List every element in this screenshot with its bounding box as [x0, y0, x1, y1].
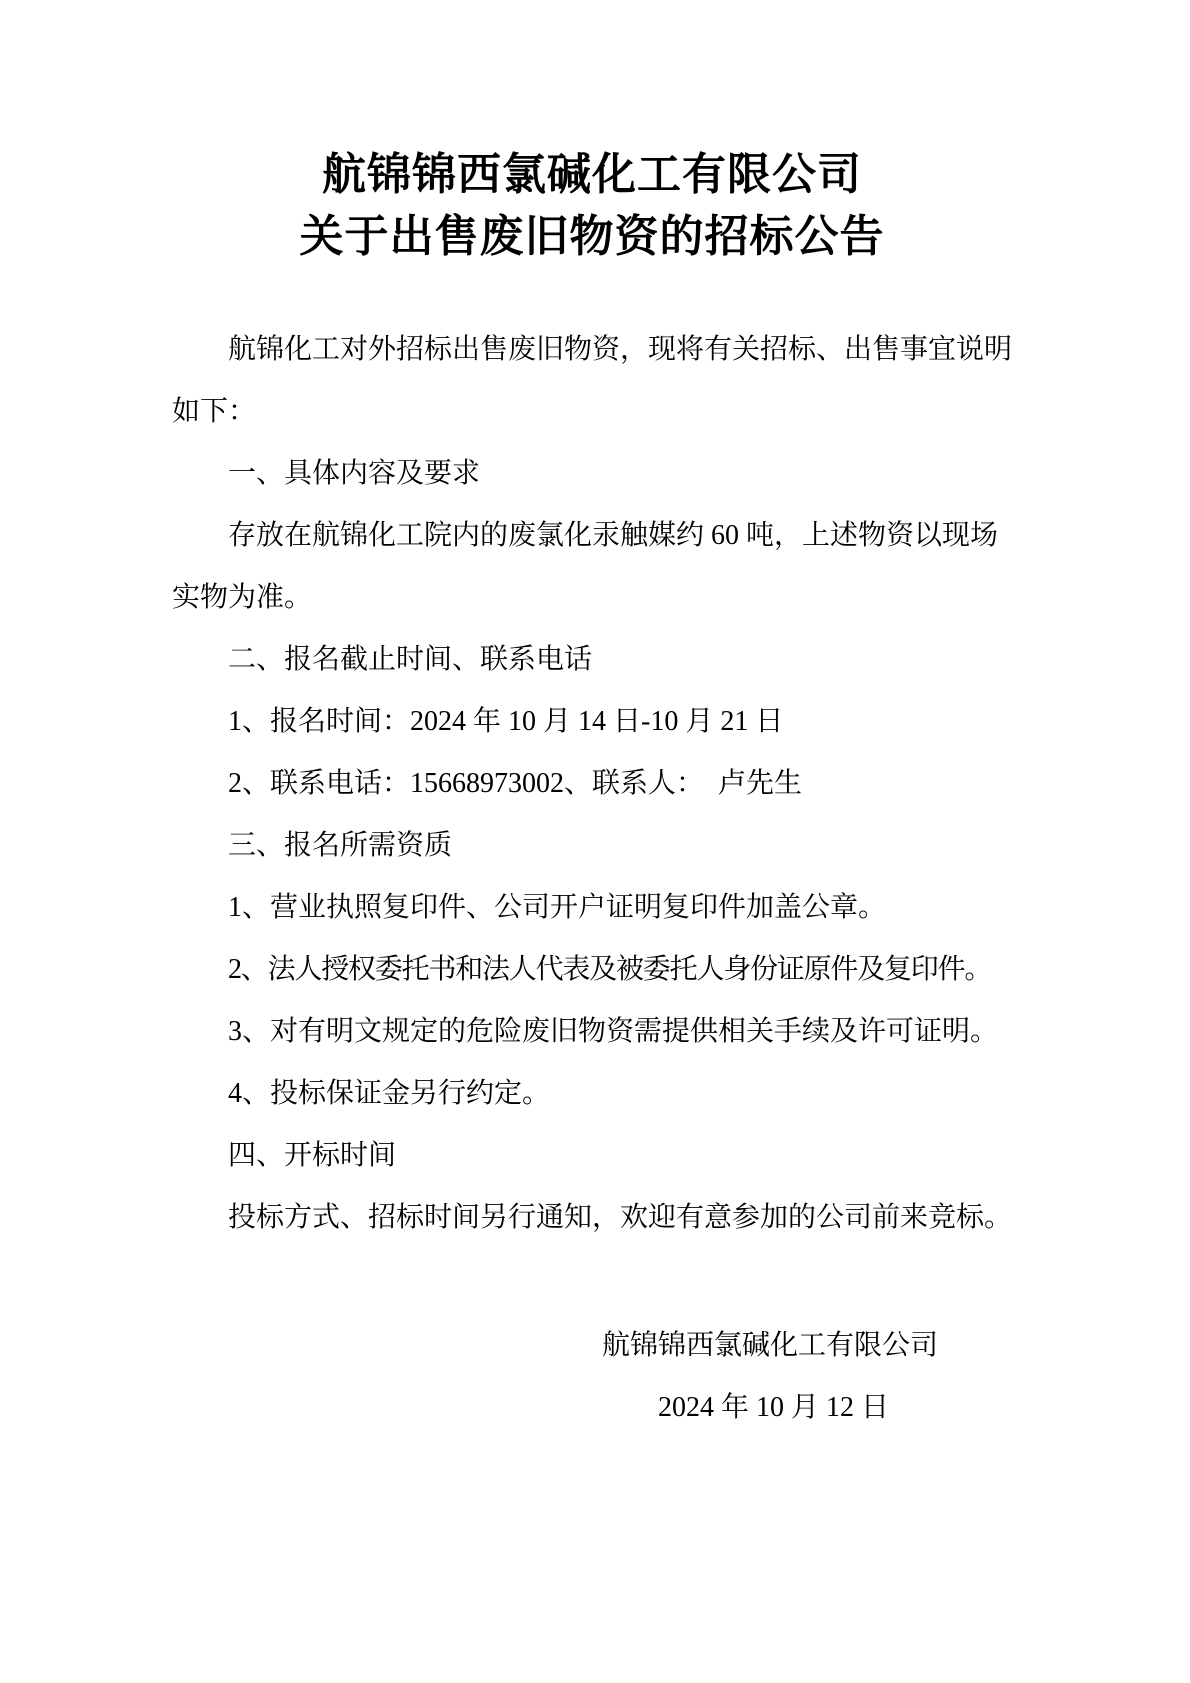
title-line-company: 航锦锦西氯碱化工有限公司	[172, 144, 1012, 206]
item-signup-time: 1、报名时间：2024 年 10 月 14 日-10 月 21 日	[172, 691, 1012, 753]
signature-date: 2024 年 10 月 12 日	[658, 1377, 1012, 1439]
item-qualification-4: 4、投标保证金另行约定。	[172, 1063, 1012, 1125]
section-1-content-line-2: 实物为准。	[172, 567, 1012, 629]
section-1-content-line-1: 存放在航锦化工院内的废氯化汞触媒约 60 吨，上述物资以现场	[172, 505, 1012, 567]
document-content: 航锦锦西氯碱化工有限公司 关于出售废旧物资的招标公告 航锦化工对外招标出售废旧物…	[172, 0, 1012, 1683]
item-qualification-2: 2、法人授权委托书和法人代表及被委托人身份证原件及复印件。	[172, 939, 1012, 1001]
item-contact-phone: 2、联系电话：15668973002、联系人： 卢先生	[172, 753, 1012, 815]
section-3-heading: 三、报名所需资质	[172, 815, 1012, 877]
section-4-heading: 四、开标时间	[172, 1125, 1012, 1187]
document-page: 航锦锦西氯碱化工有限公司 关于出售废旧物资的招标公告 航锦化工对外招标出售废旧物…	[0, 0, 1190, 1683]
signature-company: 航锦锦西氯碱化工有限公司	[602, 1315, 1012, 1377]
closing-line: 投标方式、招标时间另行通知，欢迎有意参加的公司前来竞标。	[172, 1187, 1012, 1249]
intro-line-2: 如下：	[172, 381, 1012, 443]
intro-line-1: 航锦化工对外招标出售废旧物资，现将有关招标、出售事宜说明	[172, 319, 1012, 381]
document-title: 航锦锦西氯碱化工有限公司 关于出售废旧物资的招标公告	[172, 144, 1012, 268]
item-qualification-1: 1、营业执照复印件、公司开户证明复印件加盖公章。	[172, 877, 1012, 939]
title-line-subject: 关于出售废旧物资的招标公告	[172, 206, 1012, 268]
section-2-heading: 二、报名截止时间、联系电话	[172, 629, 1012, 691]
document-body: 航锦化工对外招标出售废旧物资，现将有关招标、出售事宜说明 如下： 一、具体内容及…	[172, 319, 1012, 1249]
item-qualification-3: 3、对有明文规定的危险废旧物资需提供相关手续及许可证明。	[172, 1001, 1012, 1063]
section-1-heading: 一、具体内容及要求	[172, 443, 1012, 505]
